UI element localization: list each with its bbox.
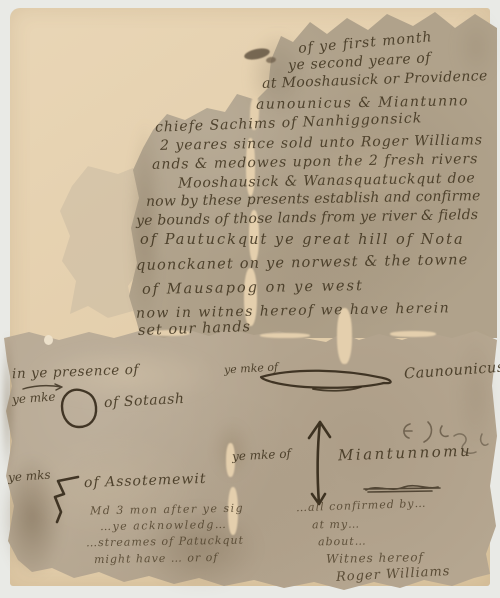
fold-crack <box>390 331 436 337</box>
manuscript-line: aunounicus & Miantunno <box>256 94 469 112</box>
memo-line: …ye acknowledg… <box>100 519 228 532</box>
bow-mark-icon <box>258 364 403 394</box>
memo-line: …streames of Patuckqut <box>86 535 244 549</box>
memo-line: at my… <box>312 519 360 531</box>
memo-attestation: Witnes hereof <box>326 551 424 565</box>
witness-name: of Sotaash <box>104 392 185 410</box>
zigzag-mark-icon <box>50 474 82 524</box>
witness-name: of Assotemewit <box>84 472 207 490</box>
circle-mark-icon <box>58 386 100 430</box>
crossed-out-scribble-icon <box>362 480 442 498</box>
signature-prefix: ye mke of <box>232 447 291 462</box>
memo-line: might have … or of <box>94 552 219 565</box>
faint-squiggle-icon <box>448 428 492 468</box>
manuscript-line: of Pautuckqut ye great hill of Nota <box>140 233 465 248</box>
manuscript-photo: of ye first month ye second yeare of at … <box>0 0 500 598</box>
memo-line: Md 3 mon after ye sig <box>90 503 244 517</box>
witness-mark-prefix: ye mke <box>12 390 56 405</box>
memo-line: about… <box>318 536 367 548</box>
witness-mark-prefix: ye mks <box>8 469 51 484</box>
fold-crack <box>260 333 310 338</box>
arrow-mark-icon <box>302 412 336 507</box>
